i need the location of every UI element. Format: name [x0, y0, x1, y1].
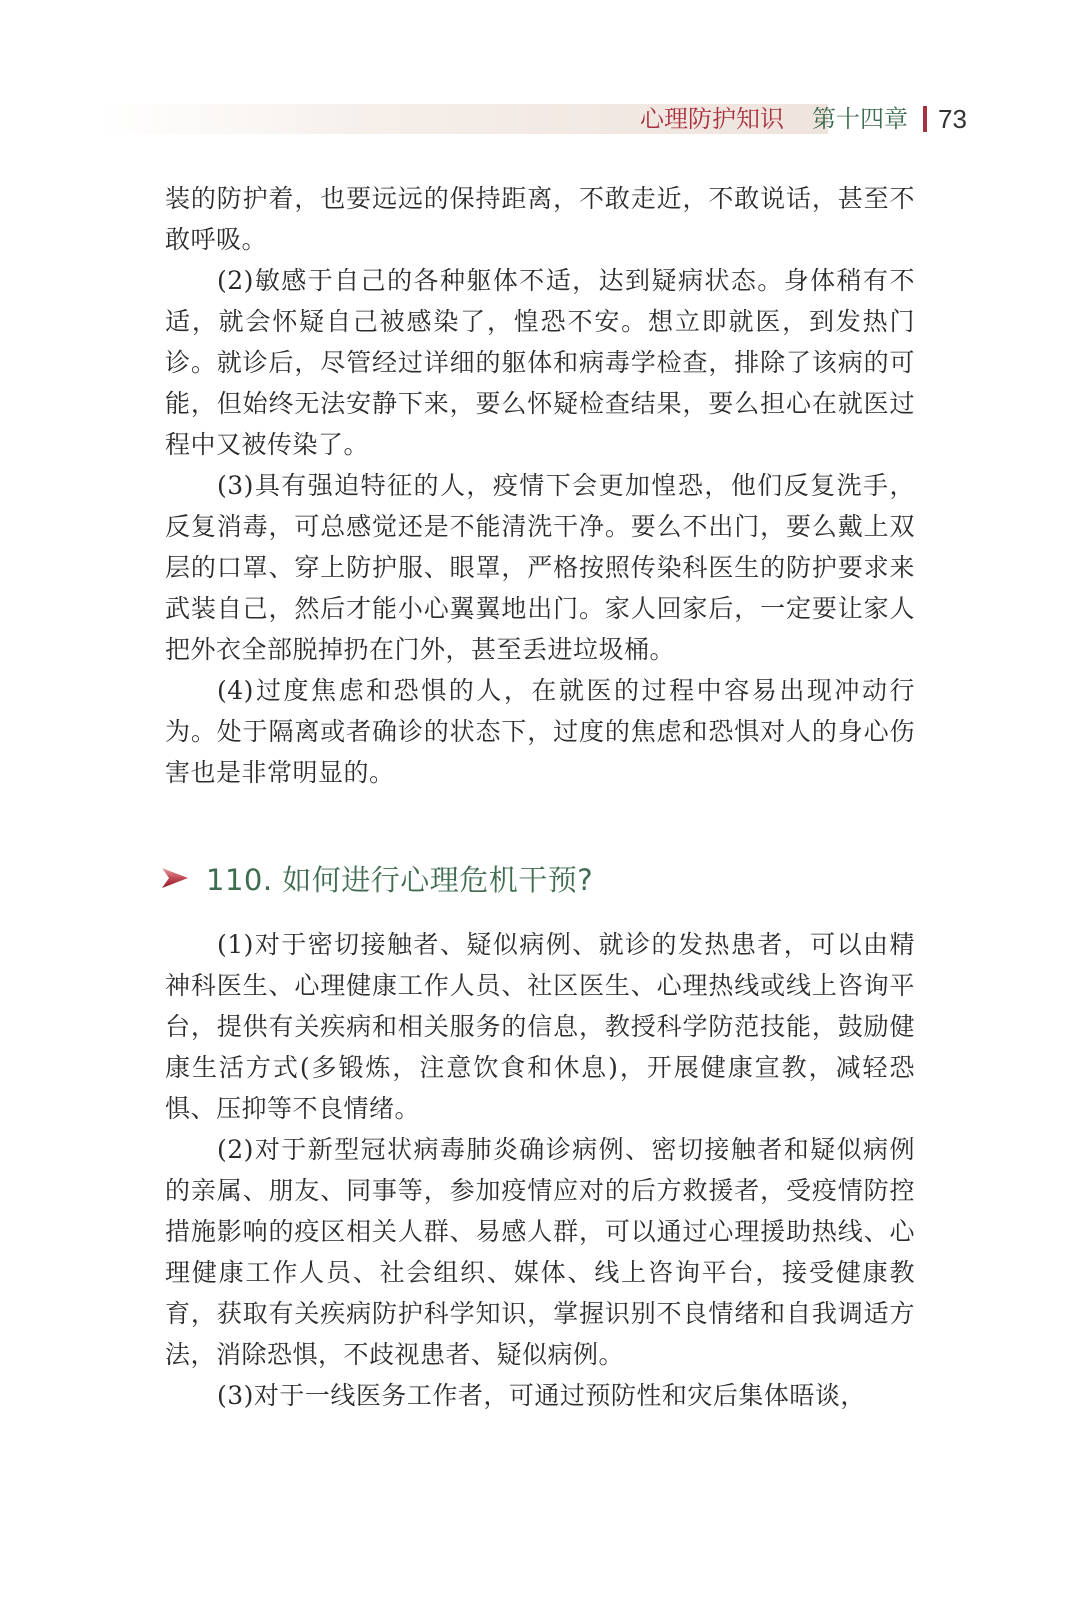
- question-title: 110. 如何进行心理危机干预?: [206, 858, 593, 899]
- chapter-label: 第十四章: [812, 100, 908, 138]
- paragraph: (3)具有强迫特征的人，疫情下会更加惶恐，他们反复洗手，反复消毒，可总感觉还是不…: [165, 465, 915, 670]
- paragraph: (4)过度焦虑和恐惧的人，在就医的过程中容易出现冲动行为。处于隔离或者确诊的状态…: [165, 670, 915, 793]
- paragraph: (2)敏感于自己的各种躯体不适，达到疑病状态。身体稍有不适，就会怀疑自己被感染了…: [165, 260, 915, 465]
- top-text-block: 装的防护着，也要远远的保持距离，不敢走近，不敢说话，甚至不敢呼吸。 (2)敏感于…: [165, 178, 915, 793]
- paragraph: (1)对于密切接触者、疑似病例、就诊的发热患者，可以由精神科医生、心理健康工作人…: [165, 924, 915, 1129]
- paragraph: (3)对于一线医务工作者，可通过预防性和灾后集体晤谈，: [165, 1375, 915, 1416]
- header-divider: [923, 106, 927, 132]
- arrow-bullet-icon: [162, 867, 188, 889]
- paragraph: 装的防护着，也要远远的保持距离，不敢走近，不敢说话，甚至不敢呼吸。: [165, 178, 915, 260]
- question-heading: 110. 如何进行心理危机干预?: [162, 856, 593, 900]
- paragraph: (2)对于新型冠状病毒肺炎确诊病例、密切接触者和疑似病例的亲属、朋友、同事等，参…: [165, 1129, 915, 1375]
- page-number: 73: [938, 100, 967, 138]
- bottom-text-block: (1)对于密切接触者、疑似病例、就诊的发热患者，可以由精神科医生、心理健康工作人…: [165, 924, 915, 1416]
- section-title: 心理防护知识: [640, 100, 784, 138]
